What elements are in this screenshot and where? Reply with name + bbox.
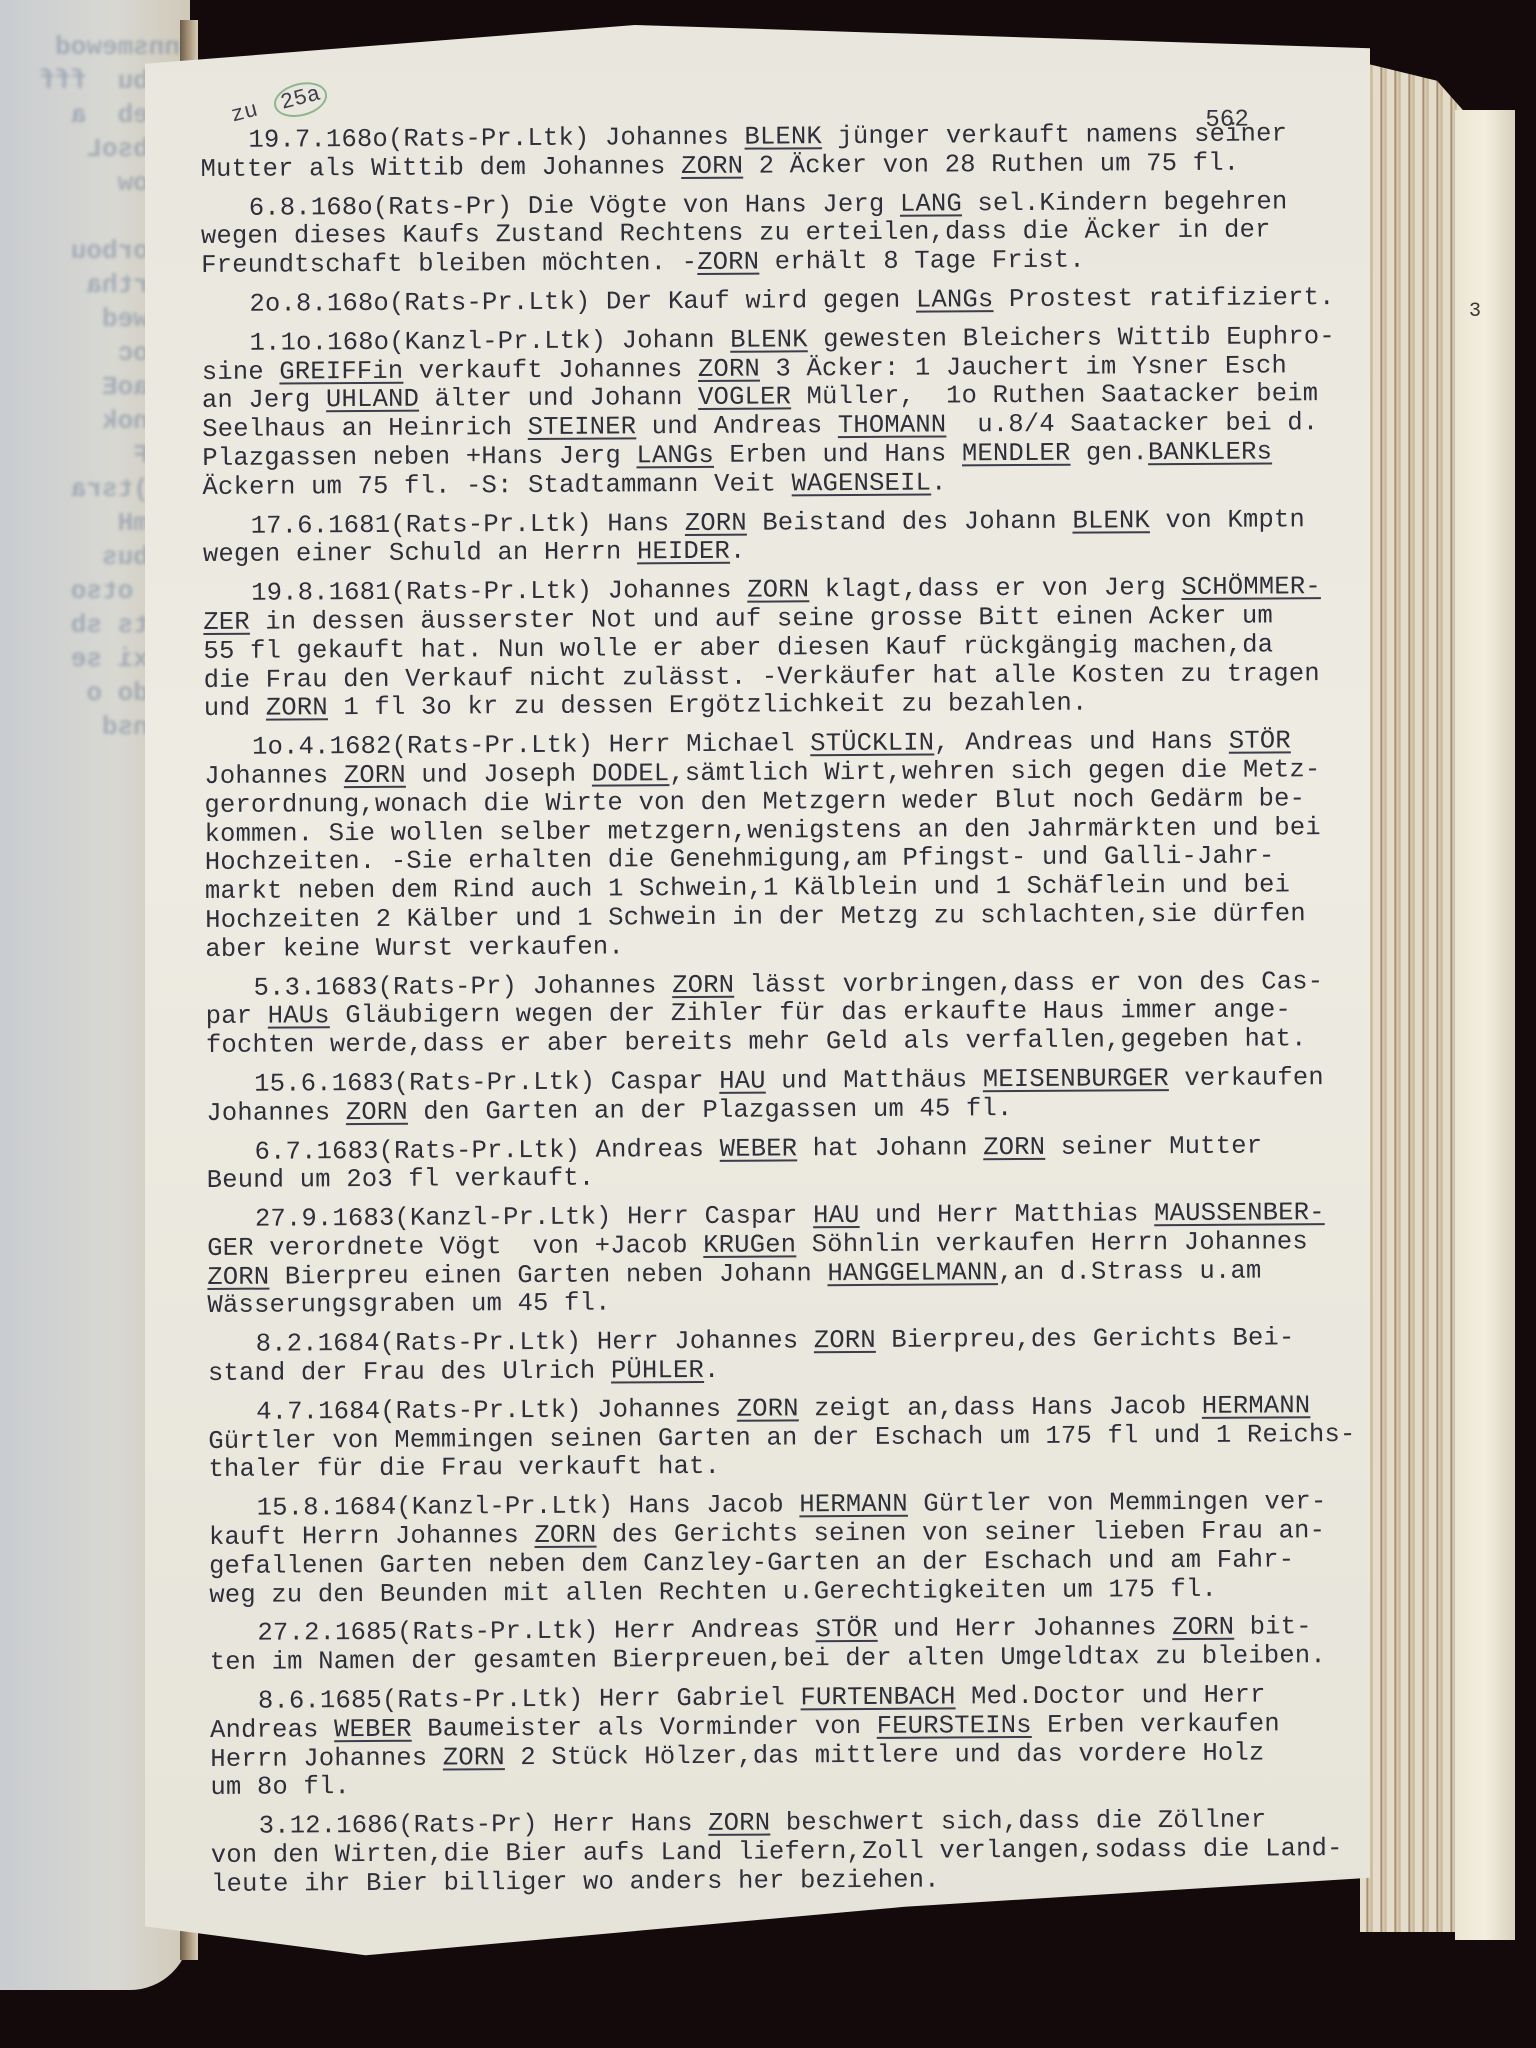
record-entry: 8.2.1684(Rats-Pr.Ltk) Herr Johannes ZORN… [208,1324,1423,1389]
record-entry: 2o.8.168o(Rats-Pr.Ltk) Der Kauf wird geg… [201,284,1416,320]
underlined-name: LANGs [636,441,714,470]
record-entry: 6.7.1683(Rats-Pr.Ltk) Andreas WEBER hat … [206,1131,1421,1196]
entry-line: Wässerungsgraben um 45 fl. [207,1285,1422,1321]
underlined-name: PÜHLER [611,1356,704,1386]
underlined-name: ZORN [534,1521,596,1550]
underlined-name: HERMANN [1202,1391,1311,1421]
underlined-name: HERMANN [799,1490,908,1520]
entry-line: stand der Frau des Ulrich PÜHLER. [208,1353,1423,1389]
underlined-name: MENDLER [962,439,1071,469]
underlined-name: LANGs [916,285,994,314]
underlined-name: ZORN [266,694,328,723]
underlined-name: ZORN [737,1394,799,1423]
underlined-name: WEBER [334,1715,412,1744]
record-entry: 15.6.1683(Rats-Pr.Ltk) Caspar HAU und Ma… [206,1063,1421,1128]
reference-prefix: zu [228,97,260,128]
underlined-name: STEINER [528,413,637,443]
entry-line: fochten werde,dass er aber bereits mehr … [206,1025,1421,1061]
underlined-name: ZORN [443,1743,505,1772]
underlined-name: ZORN [346,1097,408,1126]
entry-line: thaler für die Frau verkauft hat. [208,1449,1423,1485]
entry-line: leute ihr Bier billiger wo anders her be… [211,1863,1426,1899]
underlined-name: HAUs [268,1002,330,1031]
record-entry: 15.8.1684(Kanzl-Pr.Ltk) Hans Jacob HERMA… [209,1488,1425,1611]
record-entry: 6.8.168o(Rats-Pr) Die Vögte von Hans Jer… [201,187,1417,281]
underlined-name: WEBER [720,1134,798,1163]
record-entry: 5.3.1683(Rats-Pr) Johannes ZORN lässt vo… [205,967,1421,1061]
underlined-name: UHLAND [326,385,419,415]
underlined-name: BLENK [744,122,822,151]
underlined-name: ZORN [698,354,760,383]
record-entry: 4.7.1684(Rats-Pr.Ltk) Johannes ZORN zeig… [208,1391,1424,1485]
photo-scene: nnsmewod xsbu fff nseb a asbsoL show rio… [0,0,1536,2048]
entry-line: Beund um 2o3 fl verkauft. [207,1160,1422,1196]
underlined-name: ZORN [983,1132,1045,1161]
underlined-name: VOGLER [698,383,791,413]
underlined-name: THOMANN [838,411,947,441]
record-entry: 1.1o.168o(Kanzl-Pr.Ltk) Johann BLENK gew… [202,322,1418,502]
underlined-name: STÖR [1229,726,1291,755]
underlined-name: BANKLERs [1148,437,1272,467]
entry-list: 19.7.168o(Rats-Pr.Ltk) Johannes BLENK jü… [200,120,1426,1910]
underlined-name: ZORN [708,1809,770,1838]
underlined-name: KRUGen [703,1230,796,1260]
edge-tab-number: 3 [1469,300,1481,323]
entry-line: Johannes ZORN den Garten an der Plazgass… [206,1092,1421,1128]
entry-heading-line: 2o.8.168o(Rats-Pr.Ltk) Der Kauf wird geg… [201,284,1416,320]
underlined-name: SCHÖMMER- [1181,572,1321,602]
entry-line: und ZORN 1 fl 3o kr zu dessen Ergötzlich… [204,688,1419,724]
underlined-name: BLENK [1072,506,1150,535]
underlined-name: ZORN [207,1262,269,1291]
entry-line: Äckern um 75 fl. -S: Stadtammann Veit WA… [202,466,1417,502]
record-entry: 1o.4.1682(Rats-Pr.Ltk) Herr Michael STÜC… [204,727,1420,965]
entry-line: ten im Namen der gesamten Bierpreuen,bei… [210,1642,1425,1678]
underlined-name: ZORN [681,151,743,180]
underlined-name: WAGENSEIL [792,468,932,498]
underlined-name: ZORN [1172,1613,1234,1642]
underlined-name: HAU [813,1201,860,1230]
record-entry: 19.7.168o(Rats-Pr.Ltk) Johannes BLENK jü… [200,120,1415,185]
record-entry: 8.6.1685(Rats-Pr.Ltk) Herr Gabriel FURTE… [210,1681,1426,1804]
record-entry: 17.6.1681(Rats-Pr.Ltk) Hans ZORN Beistan… [203,505,1418,570]
underlined-name: HAU [719,1066,766,1095]
underlined-name: FURTENBACH [800,1682,955,1712]
entry-line: aber keine Wurst verkaufen. [205,928,1420,964]
underlined-name: ZER [203,608,250,637]
underlined-name: STÖR [816,1615,878,1644]
entry-line: Mutter als Wittib dem Johannes ZORN 2 Äc… [200,148,1415,184]
entry-line: wegen einer Schuld an Herrn HEIDER. [203,534,1418,570]
underlined-name: ZORN [685,508,747,537]
underlined-name: STÜCKLIN [810,729,934,759]
entry-line: weg zu den Beunden mit allen Rechten u.G… [209,1574,1424,1610]
underlined-name: MEISENBURGER [983,1064,1169,1094]
underlined-name: ZORN [672,970,734,999]
underlined-name: HANGGELMANN [827,1258,998,1288]
underlined-name: FEURSTEINs [877,1711,1032,1741]
record-entry: 19.8.1681(Rats-Pr.Ltk) Johannes ZORN kla… [203,573,1419,724]
underlined-name: ZORN [814,1326,876,1355]
underlined-name: ZORN [747,575,809,604]
record-entry: 27.2.1685(Rats-Pr.Ltk) Herr Andreas STÖR… [209,1613,1424,1678]
underlined-name: DODEL [592,759,670,788]
underlined-name: HEIDER [637,537,730,567]
underlined-name: LANG [900,189,962,218]
record-entry: 27.9.1683(Kanzl-Pr.Ltk) Herr Caspar HAU … [207,1199,1423,1322]
underlined-name: ZORN [697,248,759,277]
underlined-name: BLENK [730,325,808,354]
underlined-name: ZORN [344,761,406,790]
underlined-name: MAUSSENBER- [1154,1198,1325,1228]
page-edge-tab: 3 [1455,110,1515,1940]
record-entry: 3.12.1686(Rats-Pr) Herr Hans ZORN beschw… [211,1806,1427,1900]
entry-line: Freundtschaft bleiben möchten. -ZORN erh… [201,245,1416,281]
underlined-name: GREIFFin [279,356,403,386]
